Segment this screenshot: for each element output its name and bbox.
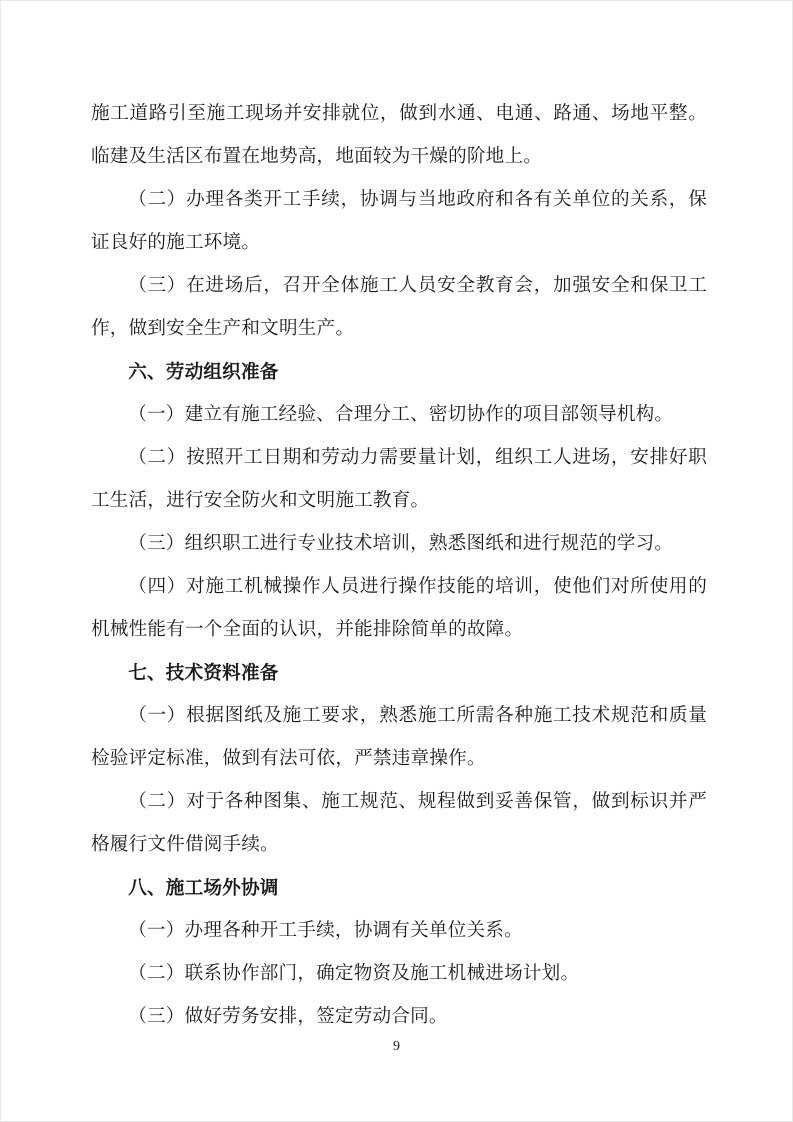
paragraph: （三）组织职工进行专业技术培训，熟悉图纸和进行规范的学习。 [91, 522, 707, 565]
paragraph: （一）根据图纸及施工要求，熟悉施工所需各种施工技术规范和质量检验评定标准，做到有… [91, 694, 707, 780]
paragraph: （四）对施工机械操作人员进行操作技能的培训，使他们对所使用的机械性能有一个全面的… [91, 565, 707, 651]
paragraph: （二）办理各类开工手续，协调与当地政府和各有关单位的关系，保证良好的施工环境。 [91, 178, 707, 264]
page-footer: 9 [1, 1037, 792, 1055]
paragraph: 施工道路引至施工现场并安排就位，做到水通、电通、路通、场地平整。临建及生活区布置… [91, 92, 707, 178]
section-heading: 八、施工场外协调 [91, 866, 707, 909]
paragraph: （一）办理各种开工手续，协调有关单位关系。 [91, 909, 707, 952]
paragraph: （三）在进场后，召开全体施工人员安全教育会，加强安全和保卫工作，做到安全生产和文… [91, 264, 707, 350]
paragraph: （二）按照开工日期和劳动力需要量计划，组织工人进场，安排好职工生活，进行安全防火… [91, 436, 707, 522]
document-page: 施工道路引至施工现场并安排就位，做到水通、电通、路通、场地平整。临建及生活区布置… [0, 0, 793, 1122]
paragraph: （二）对于各种图集、施工规范、规程做到妥善保管，做到标识并严格履行文件借阅手续。 [91, 780, 707, 866]
page-number: 9 [393, 1039, 400, 1054]
paragraph: （二）联系协作部门，确定物资及施工机械进场计划。 [91, 952, 707, 995]
document-body: 施工道路引至施工现场并安排就位，做到水通、电通、路通、场地平整。临建及生活区布置… [91, 92, 707, 1038]
paragraph: （一）建立有施工经验、合理分工、密切协作的项目部领导机构。 [91, 393, 707, 436]
paragraph: （三）做好劳务安排，签定劳动合同。 [91, 995, 707, 1038]
section-heading: 七、技术资料准备 [91, 651, 707, 694]
section-heading: 六、劳动组织准备 [91, 350, 707, 393]
